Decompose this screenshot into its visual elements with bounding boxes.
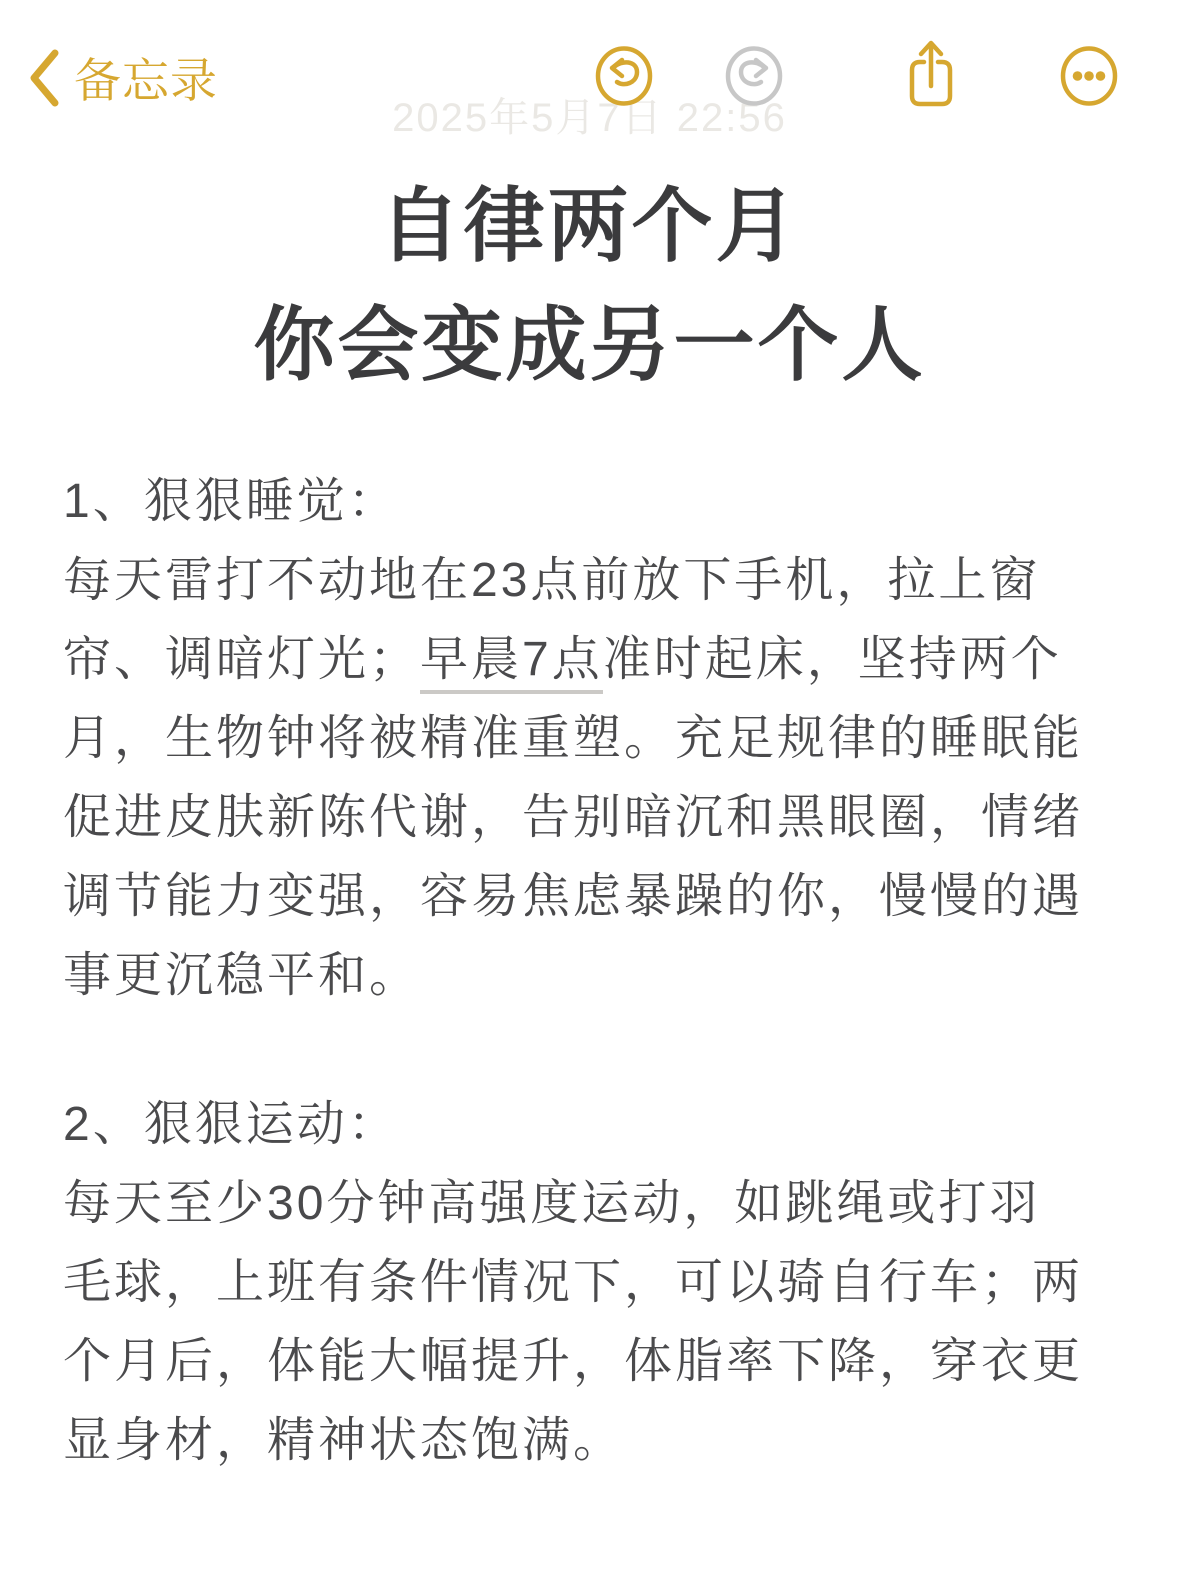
note-text-line[interactable]: 月，生物钟将被精准重塑。充足规律的睡眠能: [63, 699, 1123, 778]
paragraph-spacer: [63, 1015, 1123, 1085]
section-heading[interactable]: 1、狠狠睡觉：: [63, 462, 1123, 541]
note-text-line[interactable]: 调节能力变强，容易焦虑暴躁的你，慢慢的遇: [63, 857, 1123, 936]
back-button[interactable]: 备忘录: [26, 44, 218, 111]
note-text-line[interactable]: 每天至少30分钟高强度运动，如跳绳或打羽: [63, 1164, 1123, 1243]
note-text-line[interactable]: 事更沉稳平和。: [63, 936, 1123, 1015]
note-text-line[interactable]: 每天雷打不动地在23点前放下手机，拉上窗: [63, 541, 1123, 620]
note-body[interactable]: 1、狠狠睡觉：每天雷打不动地在23点前放下手机，拉上窗帘、调暗灯光；早晨7点准时…: [63, 462, 1123, 1480]
note-text-line[interactable]: 促进皮肤新陈代谢，告别暗沉和黑眼圈，情绪: [63, 778, 1123, 857]
underlined-text[interactable]: 早晨7点: [420, 633, 603, 694]
more-icon[interactable]: [1059, 45, 1119, 112]
back-chevron-icon: [26, 46, 60, 110]
note-title[interactable]: 自律两个月 你会变成另一个人: [0, 168, 1179, 406]
note-text-line[interactable]: 个月后，体能大幅提升，体脂率下降，穿衣更: [63, 1322, 1123, 1401]
nav-bar: 2025年5月7日 22:56 备忘录: [0, 0, 1179, 140]
note-text-line[interactable]: 帘、调暗灯光；早晨7点准时起床，坚持两个: [63, 620, 1123, 699]
note-title-line-2[interactable]: 你会变成另一个人: [0, 287, 1179, 406]
undo-icon[interactable]: [594, 45, 654, 112]
note-title-line-1[interactable]: 自律两个月: [0, 168, 1179, 287]
share-icon[interactable]: [903, 36, 959, 115]
note-text-line[interactable]: 显身材，精神状态饱满。: [63, 1401, 1123, 1480]
back-button-label: 备忘录: [74, 44, 218, 111]
redo-icon[interactable]: [724, 45, 784, 112]
section-heading[interactable]: 2、狠狠运动：: [63, 1085, 1123, 1164]
note-text-line[interactable]: 毛球，上班有条件情况下，可以骑自行车；两: [63, 1243, 1123, 1322]
